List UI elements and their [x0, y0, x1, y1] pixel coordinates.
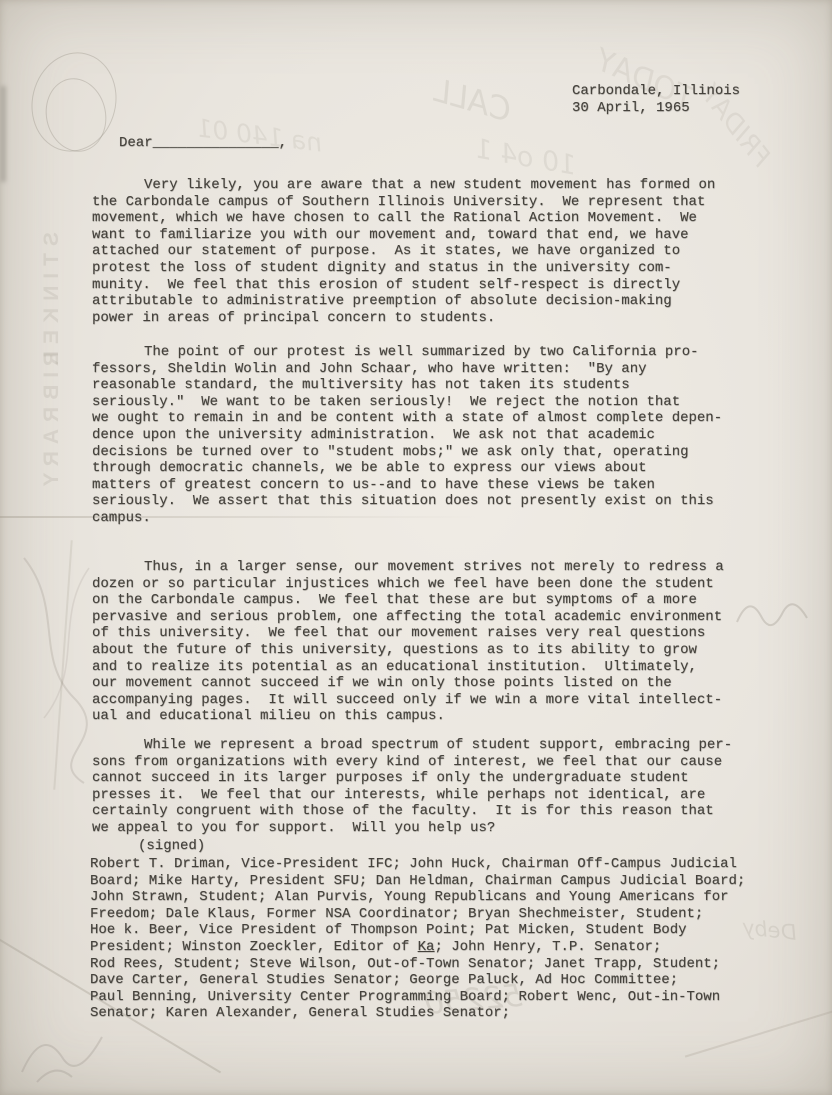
letter-line: movement, which we have chosen to call t… [92, 210, 715, 227]
letter-line: pervasive and serious problem, one affec… [92, 609, 724, 626]
letter-line: Senator; Karen Alexander, General Studie… [90, 1005, 745, 1022]
letter-line: cannot succeed in its larger purposes if… [92, 770, 732, 787]
letter-line: Paul Benning, University Center Programm… [90, 989, 745, 1006]
letter-line: the Carbondale campus of Southern Illino… [92, 194, 715, 211]
letter-line: matters of greatest concern to us--and t… [92, 477, 722, 494]
letter-line: The point of our protest is well summari… [92, 344, 722, 361]
letter-line: presses it. We feel that our interests, … [92, 787, 732, 804]
paper-fold-top-right [827, 0, 832, 149]
scan-edge-mark [0, 86, 6, 182]
signatories-list: Robert T. Driman, Vice-President IFC; Jo… [90, 856, 745, 1022]
letter-line: our movement cannot succeed if we win on… [92, 675, 724, 692]
letter-line: Robert T. Driman, Vice-President IFC; Jo… [90, 856, 745, 873]
letter-line: and to realize its potential as an educa… [92, 659, 724, 676]
pencil-squiggle-right [732, 582, 812, 652]
letter-line: dozen or so particular injustices which … [92, 576, 724, 593]
pencil-note-call: CALL [431, 81, 512, 119]
letter-line: fessors, Sheldin Wolin and John Schaar, … [92, 361, 722, 378]
signed-label: (signed) [138, 838, 205, 855]
letter-line: through democratic channels, we be able … [92, 460, 722, 477]
letter-line: ual and educational milieu on this campu… [92, 708, 724, 725]
letter-line: Rod Rees, Student; Steve Wilson, Out-of-… [90, 956, 745, 973]
underlined-text: Ka [418, 939, 435, 955]
paragraph-intro: Very likely, you are aware that a new st… [92, 177, 715, 326]
letter-place: Carbondale, Illinois [572, 83, 740, 100]
letter-line: on the Carbondale campus. We feel that t… [92, 592, 724, 609]
letter-line: Board; Mike Harty, President SFU; Dan He… [90, 873, 745, 890]
pencil-note-digits-a: 10 o4 1 [473, 141, 577, 175]
pencil-squiggle-bottom-left [12, 1012, 112, 1092]
letter-line: we appeal to you for support. Will you h… [92, 820, 732, 837]
letter-line: Dave Carter, General Studies Senator; Ge… [90, 972, 745, 989]
letter-line: Freedom; Dale Klaus, Former NSA Coordina… [90, 906, 745, 923]
letter-line: want to familiarize you with our movemen… [92, 227, 715, 244]
letter-line: While we represent a broad spectrum of s… [92, 737, 732, 754]
letter-line: seriously. We assert that this situation… [92, 493, 722, 510]
letter-line: President; Winston Zoeckler, Editor of K… [90, 939, 745, 956]
letter-line: sons from organizations with every kind … [92, 754, 732, 771]
library-stamp-word2: LIBRARY [44, 352, 61, 494]
letter-line: about the future of this university, que… [92, 642, 724, 659]
letter-line: Thus, in a larger sense, our movement st… [92, 559, 724, 576]
salutation: Dear_______________, [119, 135, 287, 152]
library-stamp-word1: STINKER [44, 232, 61, 373]
letter-date: 30 April, 1965 [572, 100, 740, 117]
letter-line: munity. We feel that this erosion of stu… [92, 277, 715, 294]
letter-line: we ought to remain in and be content wit… [92, 410, 722, 427]
letter-page: STINKER LIBRARY CALL TODAY FRIDAY 10 o4 … [0, 0, 832, 1095]
letter-heading: Carbondale, Illinois 30 April, 1965 [572, 83, 740, 116]
letter-line: Very likely, you are aware that a new st… [92, 177, 715, 194]
letter-line: reasonable standard, the multiversity ha… [92, 377, 722, 394]
paragraph-larger-sense: Thus, in a larger sense, our movement st… [92, 559, 724, 725]
letter-line: Hoe k. Beer, Vice President of Thompson … [90, 922, 745, 939]
paragraph-appeal: While we represent a broad spectrum of s… [92, 737, 732, 837]
paragraph-protest: The point of our protest is well summari… [92, 344, 722, 527]
paper-crease-vertical [53, 540, 72, 789]
letter-line: accompanying pages. It will succeed only… [92, 692, 724, 709]
letter-line: protest the loss of student dignity and … [92, 260, 715, 277]
letter-line: attributable to administrative preemptio… [92, 293, 715, 310]
letter-line: attached our statement of purpose. As it… [92, 243, 715, 260]
letter-line: power in areas of principal concern to s… [92, 310, 715, 327]
letter-line: seriously." We want to be taken seriousl… [92, 394, 722, 411]
letter-line: decisions be turned over to "student mob… [92, 444, 722, 461]
letter-line: dence upon the university administration… [92, 427, 722, 444]
letter-line: campus. [92, 510, 722, 527]
letter-line: of this university. We feel that our mov… [92, 625, 724, 642]
letter-line: John Strawn, Student; Alan Purvis, Young… [90, 889, 745, 906]
pencil-note-name: Deby [741, 919, 797, 941]
letter-line: certainly congruent with those of the fa… [92, 803, 732, 820]
